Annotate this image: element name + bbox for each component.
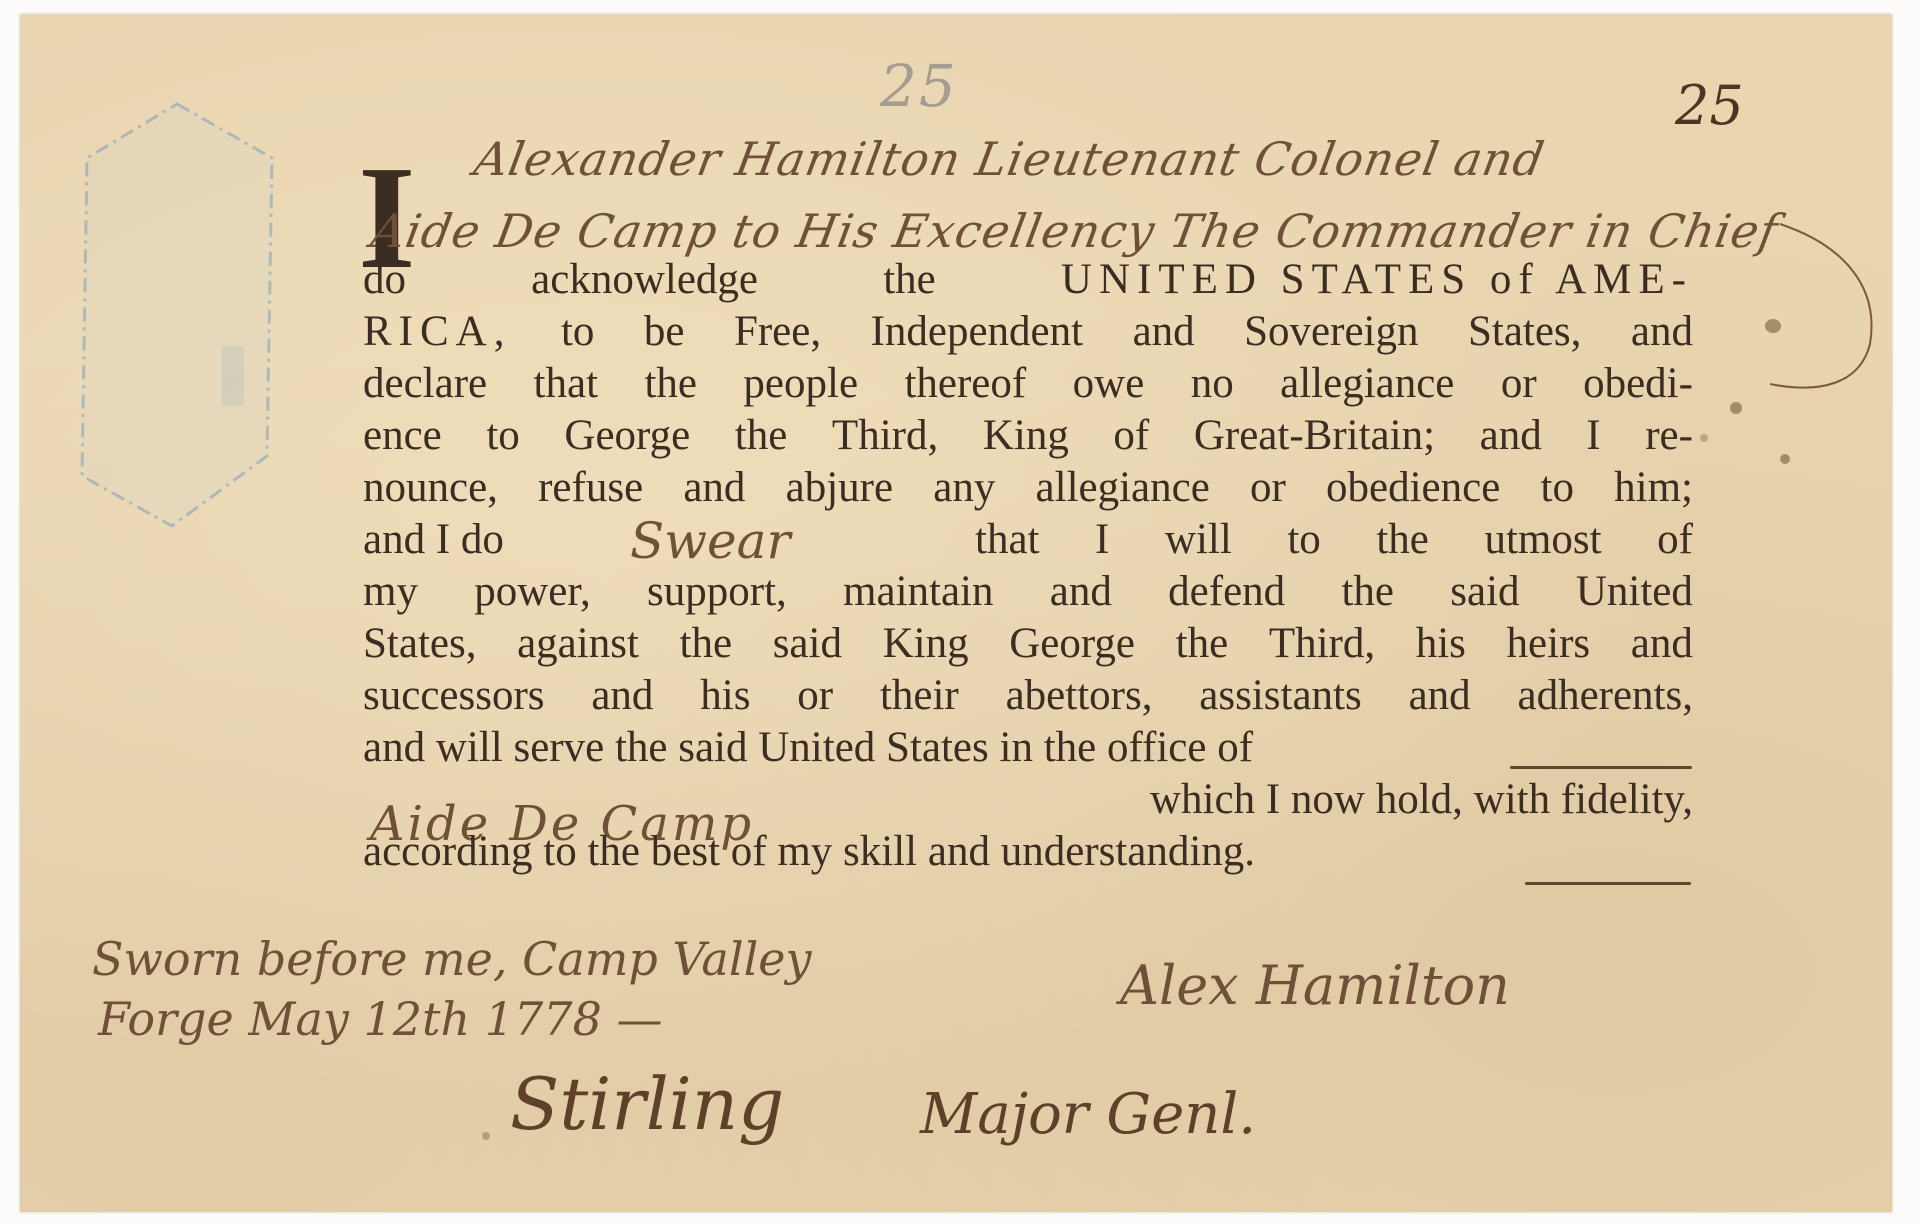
- document-paper: 25 25 I Alexander Hamilton Lieutenant Co…: [20, 14, 1892, 1212]
- closing-rule: [1525, 882, 1691, 885]
- handwritten-name-rank: Alexander Hamilton Lieutenant Colonel an…: [470, 132, 1549, 186]
- printed-line-6: and I do that I will to the utmost of: [363, 514, 1693, 566]
- ink-catalog-number: 25: [1675, 74, 1744, 137]
- signature-stirling: Stirling: [510, 1062, 784, 1146]
- printed-line-5: nounce, refuse and abjure any allegiance…: [363, 462, 1693, 514]
- pencil-catalog-number: 25: [880, 52, 958, 120]
- attestation-line-1: Sworn before me, Camp Valley: [92, 932, 812, 986]
- flourish-icon: [1760, 204, 1900, 434]
- printed-line-1: do acknowledge the UNITED STATES of AME-: [363, 254, 1693, 306]
- ink-stain: [482, 1132, 490, 1140]
- printed-line-2: RICA, to be Free, Independent and Sovere…: [363, 306, 1693, 358]
- printed-line-4: ence to George the Third, King of Great-…: [363, 410, 1693, 462]
- ink-stain: [1730, 402, 1742, 414]
- handwritten-swear: Swear: [630, 512, 790, 570]
- printed-line-11: which I now hold, with fidelity,: [363, 774, 1693, 826]
- printed-line-8: States, against the said King George the…: [363, 618, 1693, 670]
- printed-line-7: my power, support, maintain and defend t…: [363, 566, 1693, 618]
- ink-stain: [1700, 434, 1708, 442]
- handwritten-position: Aide De Camp to His Excellency The Comma…: [367, 204, 1782, 258]
- printed-line-9: successors and his or their abettors, as…: [363, 670, 1693, 722]
- signature-title: Major Genl.: [920, 1082, 1256, 1147]
- printed-line-3: declare that the people thereof owe no a…: [363, 358, 1693, 410]
- hexagonal-seal-stamp-icon: [72, 96, 282, 536]
- printed-line-12: according to the best of my skill and un…: [363, 826, 1693, 878]
- printed-line-10: and will serve the said United States in…: [363, 722, 1693, 774]
- attestation-line-2: Forge May 12th 1778 —: [98, 992, 662, 1046]
- ink-stain: [1780, 454, 1790, 464]
- blank-rule-office: [1510, 766, 1692, 769]
- signature-hamilton: Alex Hamilton: [1120, 954, 1510, 1017]
